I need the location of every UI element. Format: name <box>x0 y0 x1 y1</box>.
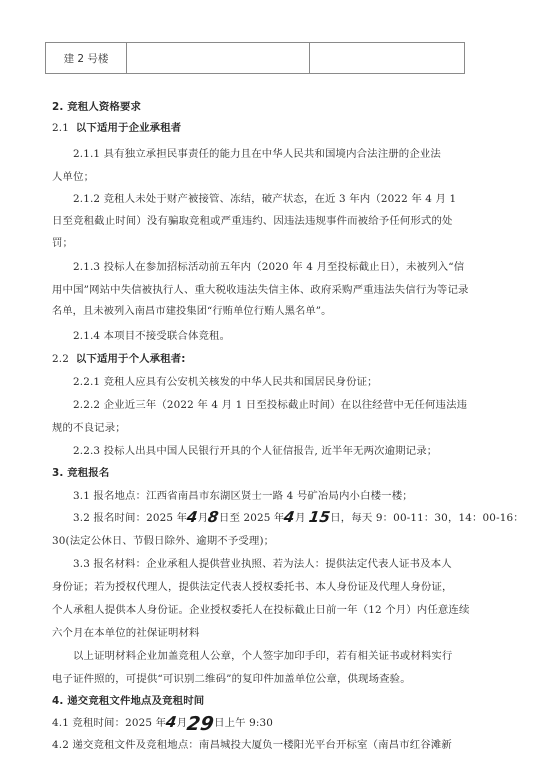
paragraph-3-2-line1: 3.2 报名时间：2025 年4月8日至 2025 年4月 15日，每天 9：0… <box>73 511 524 525</box>
section-3-heading: 3. 竞租报名 <box>52 466 109 480</box>
paragraph-2-1-2-line2: 日至竞租截止时间）没有骗取竞租或严重违约、因违法违规事件而被给予任何形式的处 <box>52 214 453 228</box>
subsection-title: 以下适用于企业承租者 <box>76 122 181 134</box>
subsection-2-1-heading: 2.1 以下适用于企业承租者 <box>52 121 181 135</box>
paragraph-4-2-line1: 4.2 递交竞租文件及竞租地点：南昌城投大厦负一楼阳光平台开标室（南昌市红谷滩新 <box>52 738 452 752</box>
paragraph-4-1: 4.1 竞租时间：2025 年4月29日上午 9:30 <box>52 716 273 730</box>
table-cell-empty <box>310 43 465 74</box>
note-line1: 以上证明材料企业加盖竞租人公章，个人签字加印手印，若有相关证书或材料实行 <box>73 649 452 663</box>
paragraph-2-1-4: 2.1.4 本项目不接受联合体竞租。 <box>73 329 230 343</box>
paragraph-2-1-1-line1: 2.1.1 具有独立承担民事责任的能力且在中华人民共和国境内合法注册的企业法 <box>73 147 441 161</box>
registration-time-prefix: 3.2 报名时间：2025 年 <box>73 512 187 524</box>
building-table: 建 2 号楼 <box>45 42 465 74</box>
paragraph-2-2-1: 2.2.1 竞租人应具有公安机关核发的中华人民共和国居民身份证； <box>73 375 378 389</box>
paragraph-2-1-3-line3: 名单，且未被列入南昌市建投集团“行贿单位行贿人黑名单”。 <box>52 305 332 319</box>
section-2-heading: 2. 竞租人资格要求 <box>52 100 141 114</box>
document-page: 建 2 号楼 2. 竞租人资格要求 2.1 以下适用于企业承租者 2.1.1 具… <box>0 0 541 765</box>
handwritten-month: 4 <box>165 717 177 727</box>
paragraph-3-3-line1: 3.3 报名材料：企业承租人提供营业执照、若为法人：提供法定代表人证书及本人 <box>73 557 452 571</box>
handwritten-day: 15 <box>308 512 331 522</box>
month-label: 月 <box>295 512 309 524</box>
paragraph-2-1-1-line2: 人单位； <box>52 170 94 184</box>
paragraph-2-2-3: 2.2.3 投标人出具中国人民银行开具的个人征信报告, 近半年无两次逾期记录； <box>73 444 437 458</box>
paragraph-2-1-3-line1: 2.1.3 投标人在参加招标活动前五年内（2020 年 4 月至投标截止日），未… <box>73 260 464 274</box>
subsection-title: 以下适用于个人承租者: <box>76 353 186 365</box>
paragraph-2-1-2-line1: 2.1.2 竞租人未处于财产被接管、冻结，破产状态，在近 3 年内（2022 年… <box>73 192 456 206</box>
handwritten-day: 8 <box>208 512 220 522</box>
subsection-2-2-heading: 2.2 以下适用于个人承租者: <box>52 352 186 366</box>
section-4-heading: 4. 递交竞租文件地点及竞租时间 <box>52 694 204 708</box>
paragraph-2-2-2-line1: 2.2.2 企业近三年（2022 年 4 月 1 日至投标截止时间）在以往经营中… <box>73 398 467 412</box>
paragraph-2-2-2-line2: 规的不良记录； <box>52 421 126 435</box>
table-cell-building: 建 2 号楼 <box>46 43 127 74</box>
handwritten-month: 4 <box>186 512 198 522</box>
bidding-time-prefix: 4.1 竞租时间：2025 年 <box>52 717 166 729</box>
subsection-number: 2.1 <box>52 122 69 134</box>
paragraph-3-3-line4: 六个月在本单位的社保证明材料 <box>52 626 200 640</box>
paragraph-3-3-line3: 个人承租人提供本人身份证。企业授权委托人在投标截止日前一年（12 个月）内任意连… <box>52 603 470 617</box>
paragraph-3-1: 3.1 报名地点：江西省南昌市东湖区贤士一路 4 号矿冶局内小白楼一楼； <box>73 489 413 503</box>
handwritten-month: 4 <box>284 512 296 522</box>
date-range-text: 日至 2025 年 <box>219 512 285 524</box>
table-row: 建 2 号楼 <box>46 43 465 74</box>
paragraph-3-3-line2: 身份证；若为授权代理人，提供法定代表人授权委托书、本人身份证及代理人身份证， <box>52 580 453 594</box>
handwritten-day: 29 <box>187 719 215 729</box>
paragraph-2-1-2-line3: 罚； <box>52 236 73 250</box>
bidding-time-suffix: 日上午 9:30 <box>214 717 273 729</box>
daily-hours-text: 日，每天 9：00-11：30，14：00-16： <box>330 512 524 524</box>
table-cell-empty <box>127 43 310 74</box>
note-line2: 电子证件照的，可提供“可识别二维码”的复印件加盖单位公章，供现场查验。 <box>52 672 411 686</box>
subsection-number: 2.2 <box>52 353 69 365</box>
paragraph-3-2-line2: 30(法定公休日、节假日除外、逾期不予受理)； <box>52 534 274 548</box>
paragraph-2-1-3-line2: 用中国”网站中失信被执行人、重大税收违法失信主体、政府采购严重违法失信行为等记录 <box>52 283 469 297</box>
